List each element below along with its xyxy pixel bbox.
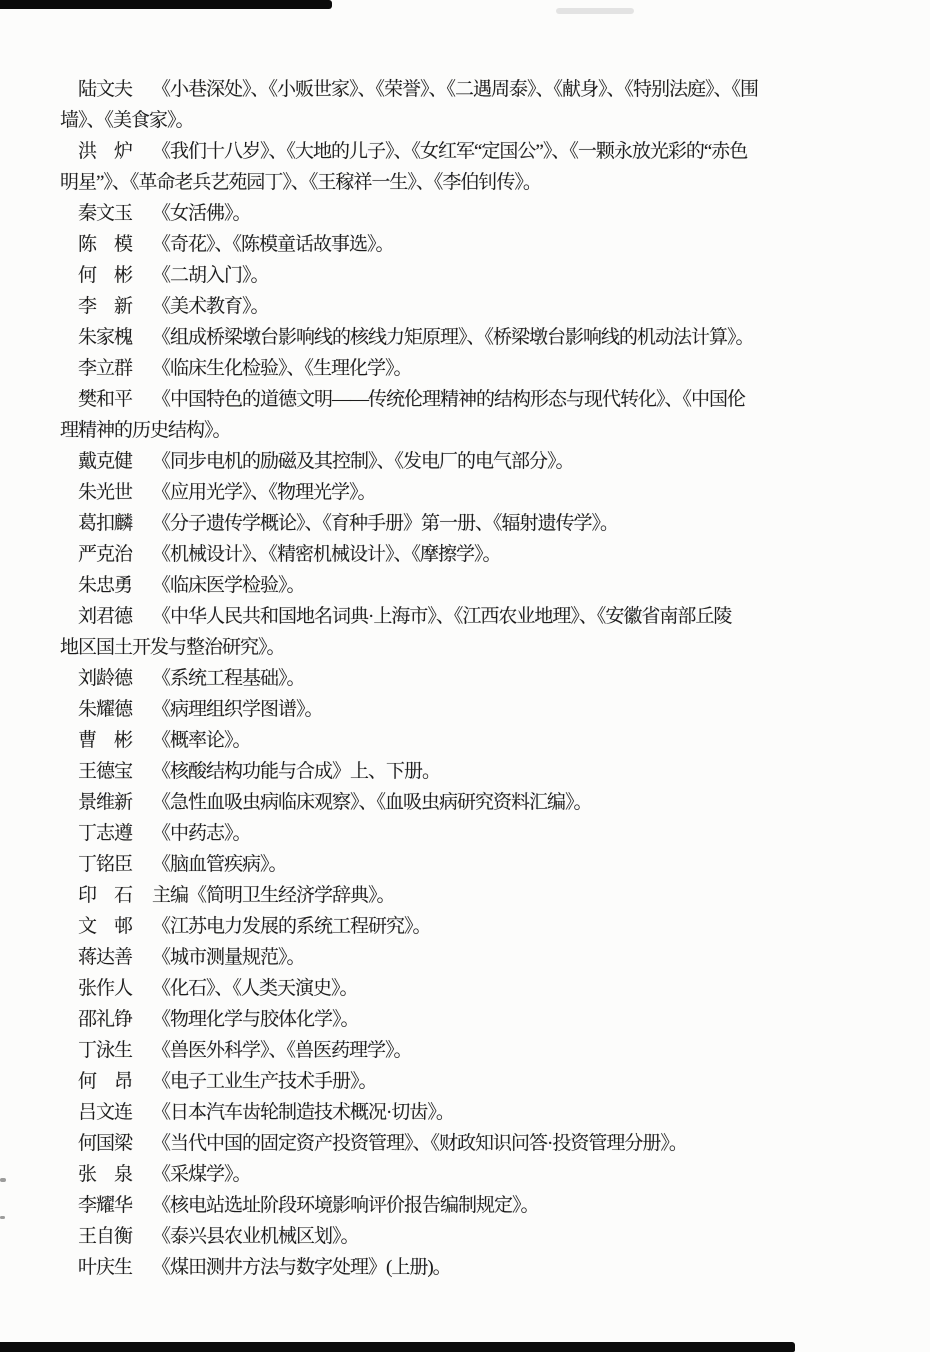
scanned-page: 陆文夫《小巷深处》、《小贩世家》、《荣誉》、《二遇周泰》、《献身》、《特别法庭》…	[0, 0, 930, 1352]
works-list: 《泰兴县农业机械区划》。	[152, 1226, 359, 1247]
author-name: 蒋达善	[78, 942, 132, 973]
works-list: 《电子工业生产技术手册》。	[152, 1071, 377, 1092]
bibliography-entry: 何 彬《二胡入门》。	[60, 260, 872, 291]
works-list: 《奇花》、《陈模童话故事选》。	[152, 234, 394, 255]
bibliography-entry: 朱忠勇《临床医学检验》。	[60, 570, 872, 601]
author-name: 何 彬	[78, 260, 132, 291]
author-name: 秦文玉	[78, 198, 132, 229]
author-name: 张作人	[78, 973, 132, 1004]
works-list: 《当代中国的固定资产投资管理》、《财政知识问答·投资管理分册》。	[152, 1133, 687, 1154]
author-name: 丁铭臣	[78, 849, 132, 880]
works-list: 《中华人民共和国地名词典·上海市》、《江西农业地理》、《安徽省南部丘陵 地区国土…	[60, 606, 731, 658]
works-list: 《核电站选址阶段环境影响评价报告编制规定》。	[152, 1195, 539, 1216]
bibliography-entry: 王德宝《核酸结构功能与合成》上、下册。	[60, 756, 872, 787]
works-list: 《日本汽车齿轮制造技术概况·切齿》。	[152, 1102, 454, 1123]
author-name: 吕文连	[78, 1097, 132, 1128]
author-name: 张 泉	[78, 1159, 132, 1190]
bibliography-entry: 丁铭臣《脑血管疾病》。	[60, 849, 872, 880]
author-name: 陈 模	[78, 229, 132, 260]
works-list: 《概率论》。	[152, 730, 251, 751]
bibliography-entry: 王自衡《泰兴县农业机械区划》。	[60, 1221, 872, 1252]
bibliography-entry: 何 昂《电子工业生产技术手册》。	[60, 1066, 872, 1097]
bibliography-entry: 叶庆生《煤田测井方法与数字处理》(上册)。	[60, 1252, 872, 1283]
works-list: 《分子遗传学概论》、《育种手册》第一册、《辐射遗传学》。	[152, 513, 618, 534]
works-list: 《核酸结构功能与合成》上、下册。	[152, 761, 440, 782]
author-name: 王自衡	[78, 1221, 132, 1252]
works-list: 《二胡入门》。	[152, 265, 269, 286]
author-name: 丁泳生	[78, 1035, 132, 1066]
bibliography-entry: 李耀华《核电站选址阶段环境影响评价报告编制规定》。	[60, 1190, 872, 1221]
works-list: 《机械设计》、《精密机械设计》、《摩擦学》。	[152, 544, 501, 565]
author-name: 朱耀德	[78, 694, 132, 725]
works-list: 《江苏电力发展的系统工程研究》。	[152, 916, 431, 937]
works-list: 《急性血吸虫病临床观察》、《血吸虫病研究资料汇编》。	[152, 792, 592, 813]
author-name: 景维新	[78, 787, 132, 818]
author-name: 李 新	[78, 291, 132, 322]
bibliography-entry: 陆文夫《小巷深处》、《小贩世家》、《荣誉》、《二遇周泰》、《献身》、《特别法庭》…	[60, 74, 872, 136]
works-list: 主编《简明卫生经济学辞典》。	[152, 885, 395, 906]
works-list: 《应用光学》、《物理光学》。	[152, 482, 376, 503]
author-name: 朱家槐	[78, 322, 132, 353]
bibliography-entry: 刘君德《中华人民共和国地名词典·上海市》、《江西农业地理》、《安徽省南部丘陵 地…	[60, 601, 872, 663]
bibliography-entry: 丁志遵《中药志》。	[60, 818, 872, 849]
works-list: 《病理组织学图谱》。	[152, 699, 323, 720]
author-name: 朱忠勇	[78, 570, 132, 601]
author-name: 叶庆生	[78, 1252, 132, 1283]
scan-artifact-speck	[0, 1178, 6, 1182]
author-name: 李立群	[78, 353, 132, 384]
works-list: 《我们十八岁》、《大地的儿子》、《女红军“定国公”》、《一颗永放光彩的“赤色 明…	[60, 141, 747, 193]
bibliography-entry: 吕文连《日本汽车齿轮制造技术概况·切齿》。	[60, 1097, 872, 1128]
bibliography-entry: 邵礼铮《物理化学与胶体化学》。	[60, 1004, 872, 1035]
works-list: 《同步电机的励磁及其控制》、《发电厂的电气部分》。	[152, 451, 574, 472]
author-name: 刘龄德	[78, 663, 132, 694]
works-list: 《临床医学检验》。	[152, 575, 305, 596]
bibliography-entry: 文 邨《江苏电力发展的系统工程研究》。	[60, 911, 872, 942]
author-name: 戴克健	[78, 446, 132, 477]
bibliography-entry: 陈 模《奇花》、《陈模童话故事选》。	[60, 229, 872, 260]
bibliography-entry: 张作人《化石》、《人类天演史》。	[60, 973, 872, 1004]
bibliography-entry: 李立群《临床生化检验》、《生理化学》。	[60, 353, 872, 384]
bibliography-entry: 张 泉《采煤学》。	[60, 1159, 872, 1190]
bibliography-entry: 洪 炉《我们十八岁》、《大地的儿子》、《女红军“定国公”》、《一颗永放光彩的“赤…	[60, 136, 872, 198]
scan-artifact-top-bar	[0, 0, 332, 9]
bibliography-entry: 李 新《美术教育》。	[60, 291, 872, 322]
bibliography-entry: 刘龄德《系统工程基础》。	[60, 663, 872, 694]
works-list: 《煤田测井方法与数字处理》(上册)。	[152, 1257, 451, 1278]
author-name: 何国梁	[78, 1128, 132, 1159]
author-name: 樊和平	[78, 384, 132, 415]
bibliography-entry: 景维新《急性血吸虫病临床观察》、《血吸虫病研究资料汇编》。	[60, 787, 872, 818]
bibliography-entry: 何国梁《当代中国的固定资产投资管理》、《财政知识问答·投资管理分册》。	[60, 1128, 872, 1159]
works-list: 《脑血管疾病》。	[152, 854, 287, 875]
works-list: 《小巷深处》、《小贩世家》、《荣誉》、《二遇周泰》、《献身》、《特别法庭》、《围…	[60, 79, 758, 131]
scan-artifact-speck	[0, 1216, 5, 1219]
scan-artifact-smudge	[556, 8, 634, 14]
bibliography-entry: 戴克健《同步电机的励磁及其控制》、《发电厂的电气部分》。	[60, 446, 872, 477]
works-list: 《临床生化检验》、《生理化学》。	[152, 358, 412, 379]
bibliography-entry: 丁泳生《兽医外科学》、《兽医药理学》。	[60, 1035, 872, 1066]
author-name: 李耀华	[78, 1190, 132, 1221]
author-name: 葛扣麟	[78, 508, 132, 539]
bibliography-entry: 蒋达善《城市测量规范》。	[60, 942, 872, 973]
works-list: 《美术教育》。	[152, 296, 269, 317]
bibliography-entry: 朱耀德《病理组织学图谱》。	[60, 694, 872, 725]
author-name: 王德宝	[78, 756, 132, 787]
works-list: 《物理化学与胶体化学》。	[152, 1009, 359, 1030]
works-list: 《系统工程基础》。	[152, 668, 305, 689]
bibliography-entry: 樊和平《中国特色的道德文明——传统伦理精神的结构形态与现代转化》、《中国伦 理精…	[60, 384, 872, 446]
author-name: 文 邨	[78, 911, 132, 942]
author-name: 曹 彬	[78, 725, 132, 756]
author-name: 严克治	[78, 539, 132, 570]
bibliography-entry: 朱家槐《组成桥梁墩台影响线的核线力矩原理》、《桥梁墩台影响线的机动法计算》。	[60, 322, 872, 353]
author-name: 朱光世	[78, 477, 132, 508]
works-list: 《中药志》。	[152, 823, 251, 844]
author-name: 印 石	[78, 880, 132, 911]
author-name: 刘君德	[78, 601, 132, 632]
bibliography-entry: 印 石主编《简明卫生经济学辞典》。	[60, 880, 872, 911]
bibliography-list: 陆文夫《小巷深处》、《小贩世家》、《荣誉》、《二遇周泰》、《献身》、《特别法庭》…	[60, 74, 872, 1283]
author-name: 丁志遵	[78, 818, 132, 849]
works-list: 《组成桥梁墩台影响线的核线力矩原理》、《桥梁墩台影响线的机动法计算》。	[152, 327, 754, 348]
works-list: 《城市测量规范》。	[152, 947, 305, 968]
bibliography-entry: 朱光世《应用光学》、《物理光学》。	[60, 477, 872, 508]
author-name: 陆文夫	[78, 74, 132, 105]
bibliography-entry: 曹 彬《概率论》。	[60, 725, 872, 756]
author-name: 何 昂	[78, 1066, 132, 1097]
works-list: 《化石》、《人类天演史》。	[152, 978, 358, 999]
author-name: 邵礼铮	[78, 1004, 132, 1035]
scan-artifact-bottom-bar	[0, 1342, 795, 1352]
bibliography-entry: 秦文玉《女活佛》。	[60, 198, 872, 229]
bibliography-entry: 葛扣麟《分子遗传学概论》、《育种手册》第一册、《辐射遗传学》。	[60, 508, 872, 539]
bibliography-entry: 严克治《机械设计》、《精密机械设计》、《摩擦学》。	[60, 539, 872, 570]
author-name: 洪 炉	[78, 136, 132, 167]
works-list: 《中国特色的道德文明——传统伦理精神的结构形态与现代转化》、《中国伦 理精神的历…	[60, 389, 745, 441]
works-list: 《女活佛》。	[152, 203, 251, 224]
works-list: 《兽医外科学》、《兽医药理学》。	[152, 1040, 412, 1061]
works-list: 《采煤学》。	[152, 1164, 251, 1185]
